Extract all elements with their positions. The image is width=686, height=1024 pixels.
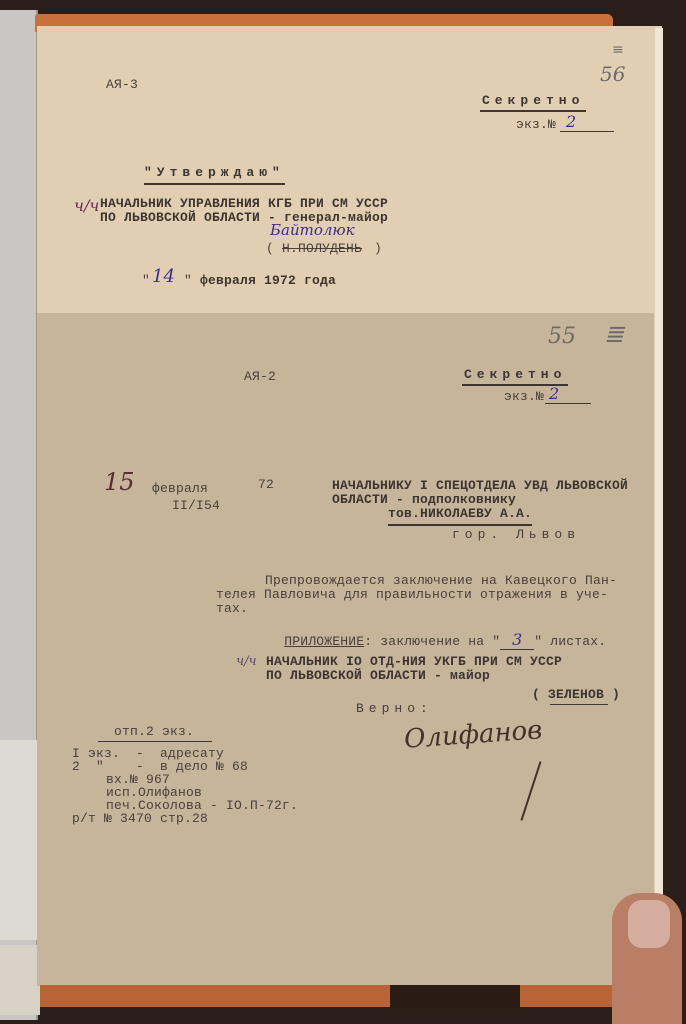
approval-header: "Утверждаю" <box>144 166 285 185</box>
handwritten-date-day: 15 <box>104 468 135 496</box>
page-number-56: 56 <box>600 62 625 86</box>
addressee-line-1: НАЧАЛЬНИКУ I СПЕЦОТДЕЛА УВД ЛЬВОВСКОЙ <box>332 479 628 493</box>
addressee-line-2: ОБЛАСТИ - подполковнику <box>332 493 516 507</box>
body-line-3: тах. <box>216 602 248 616</box>
sender-line-2: ПО ЛЬВОВСКОЙ ОБЛАСТИ - майор <box>266 669 490 683</box>
copy-label-top: экз.№ <box>516 118 556 132</box>
addressee-city: гор. Львов <box>452 528 580 542</box>
distribution-header: отп.2 экз. <box>98 725 212 742</box>
struck-signatory-name: Н.ПОЛУДЕНЬ <box>282 242 362 256</box>
folder-binding-bottom <box>40 985 615 1007</box>
pencil-scribble-icon: ≣ <box>604 320 624 348</box>
name-paren-open: ( <box>266 242 274 256</box>
attachment-pages: 3 <box>500 630 534 650</box>
doc-code-ay2: АЯ-2 <box>244 370 276 384</box>
torn-binding-gap <box>390 985 520 1009</box>
left-page-strip <box>0 740 38 940</box>
body-line-1: Препровождается заключение на Кавецкого … <box>265 574 617 588</box>
doc-code-ay3: АЯ-3 <box>106 78 138 92</box>
date-month: февраля <box>152 482 208 496</box>
verified-label: Верно: <box>356 702 433 716</box>
pencil-scribble-icon: ≡ <box>612 42 624 58</box>
handwritten-mark-top: ч/ч <box>74 196 99 215</box>
torn-paper-tab <box>0 945 40 1015</box>
body-line-2: телея Павловича для правильности отражен… <box>216 588 608 602</box>
approval-date-day: 14 <box>152 266 175 287</box>
quote-close: " <box>184 274 192 288</box>
attachment-text-before: : заключение на " <box>364 634 500 649</box>
attachment-line: ПРИЛОЖЕНИЕ: заключение на "3" листах. <box>265 612 606 650</box>
registration-number: II/I54 <box>172 499 220 513</box>
copy-label-main: экз.№ <box>504 390 544 404</box>
copy-number-main: 2 <box>545 384 591 404</box>
addressee-line-3: тов.НИКОЛАЕВУ А.А. <box>388 507 532 526</box>
sender-name-underline <box>550 704 608 705</box>
approval-date-rest: февраля 1972 года <box>200 274 336 288</box>
classification-secret-top: Секретно <box>480 94 586 112</box>
date-year: 72 <box>258 478 274 492</box>
thumbnail-nail <box>628 900 670 948</box>
page-number-55: 55 <box>548 324 576 349</box>
name-paren-close: ) <box>374 242 382 256</box>
sheet-edge <box>655 28 663 986</box>
sender-line-1: НАЧАЛЬНИК IO ОТД-НИЯ УКГБ ПРИ СМ УССР <box>266 655 562 669</box>
attachment-label: ПРИЛОЖЕНИЕ <box>284 634 364 649</box>
attachment-text-after: " листах. <box>534 634 606 649</box>
handwritten-signatory-name: Байтолюк <box>270 221 355 239</box>
handwritten-mark-main: ч/ч <box>236 654 257 669</box>
signatory-line-1: НАЧАЛЬНИК УПРАВЛЕНИЯ КГБ ПРИ СМ УССР <box>100 197 388 211</box>
quote-open: " <box>142 274 150 288</box>
sender-name: ( ЗЕЛЕНОВ ) <box>532 688 620 702</box>
copy-number-top: 2 <box>560 112 614 132</box>
distribution-line-6: р/т № 3470 стр.28 <box>72 812 208 826</box>
